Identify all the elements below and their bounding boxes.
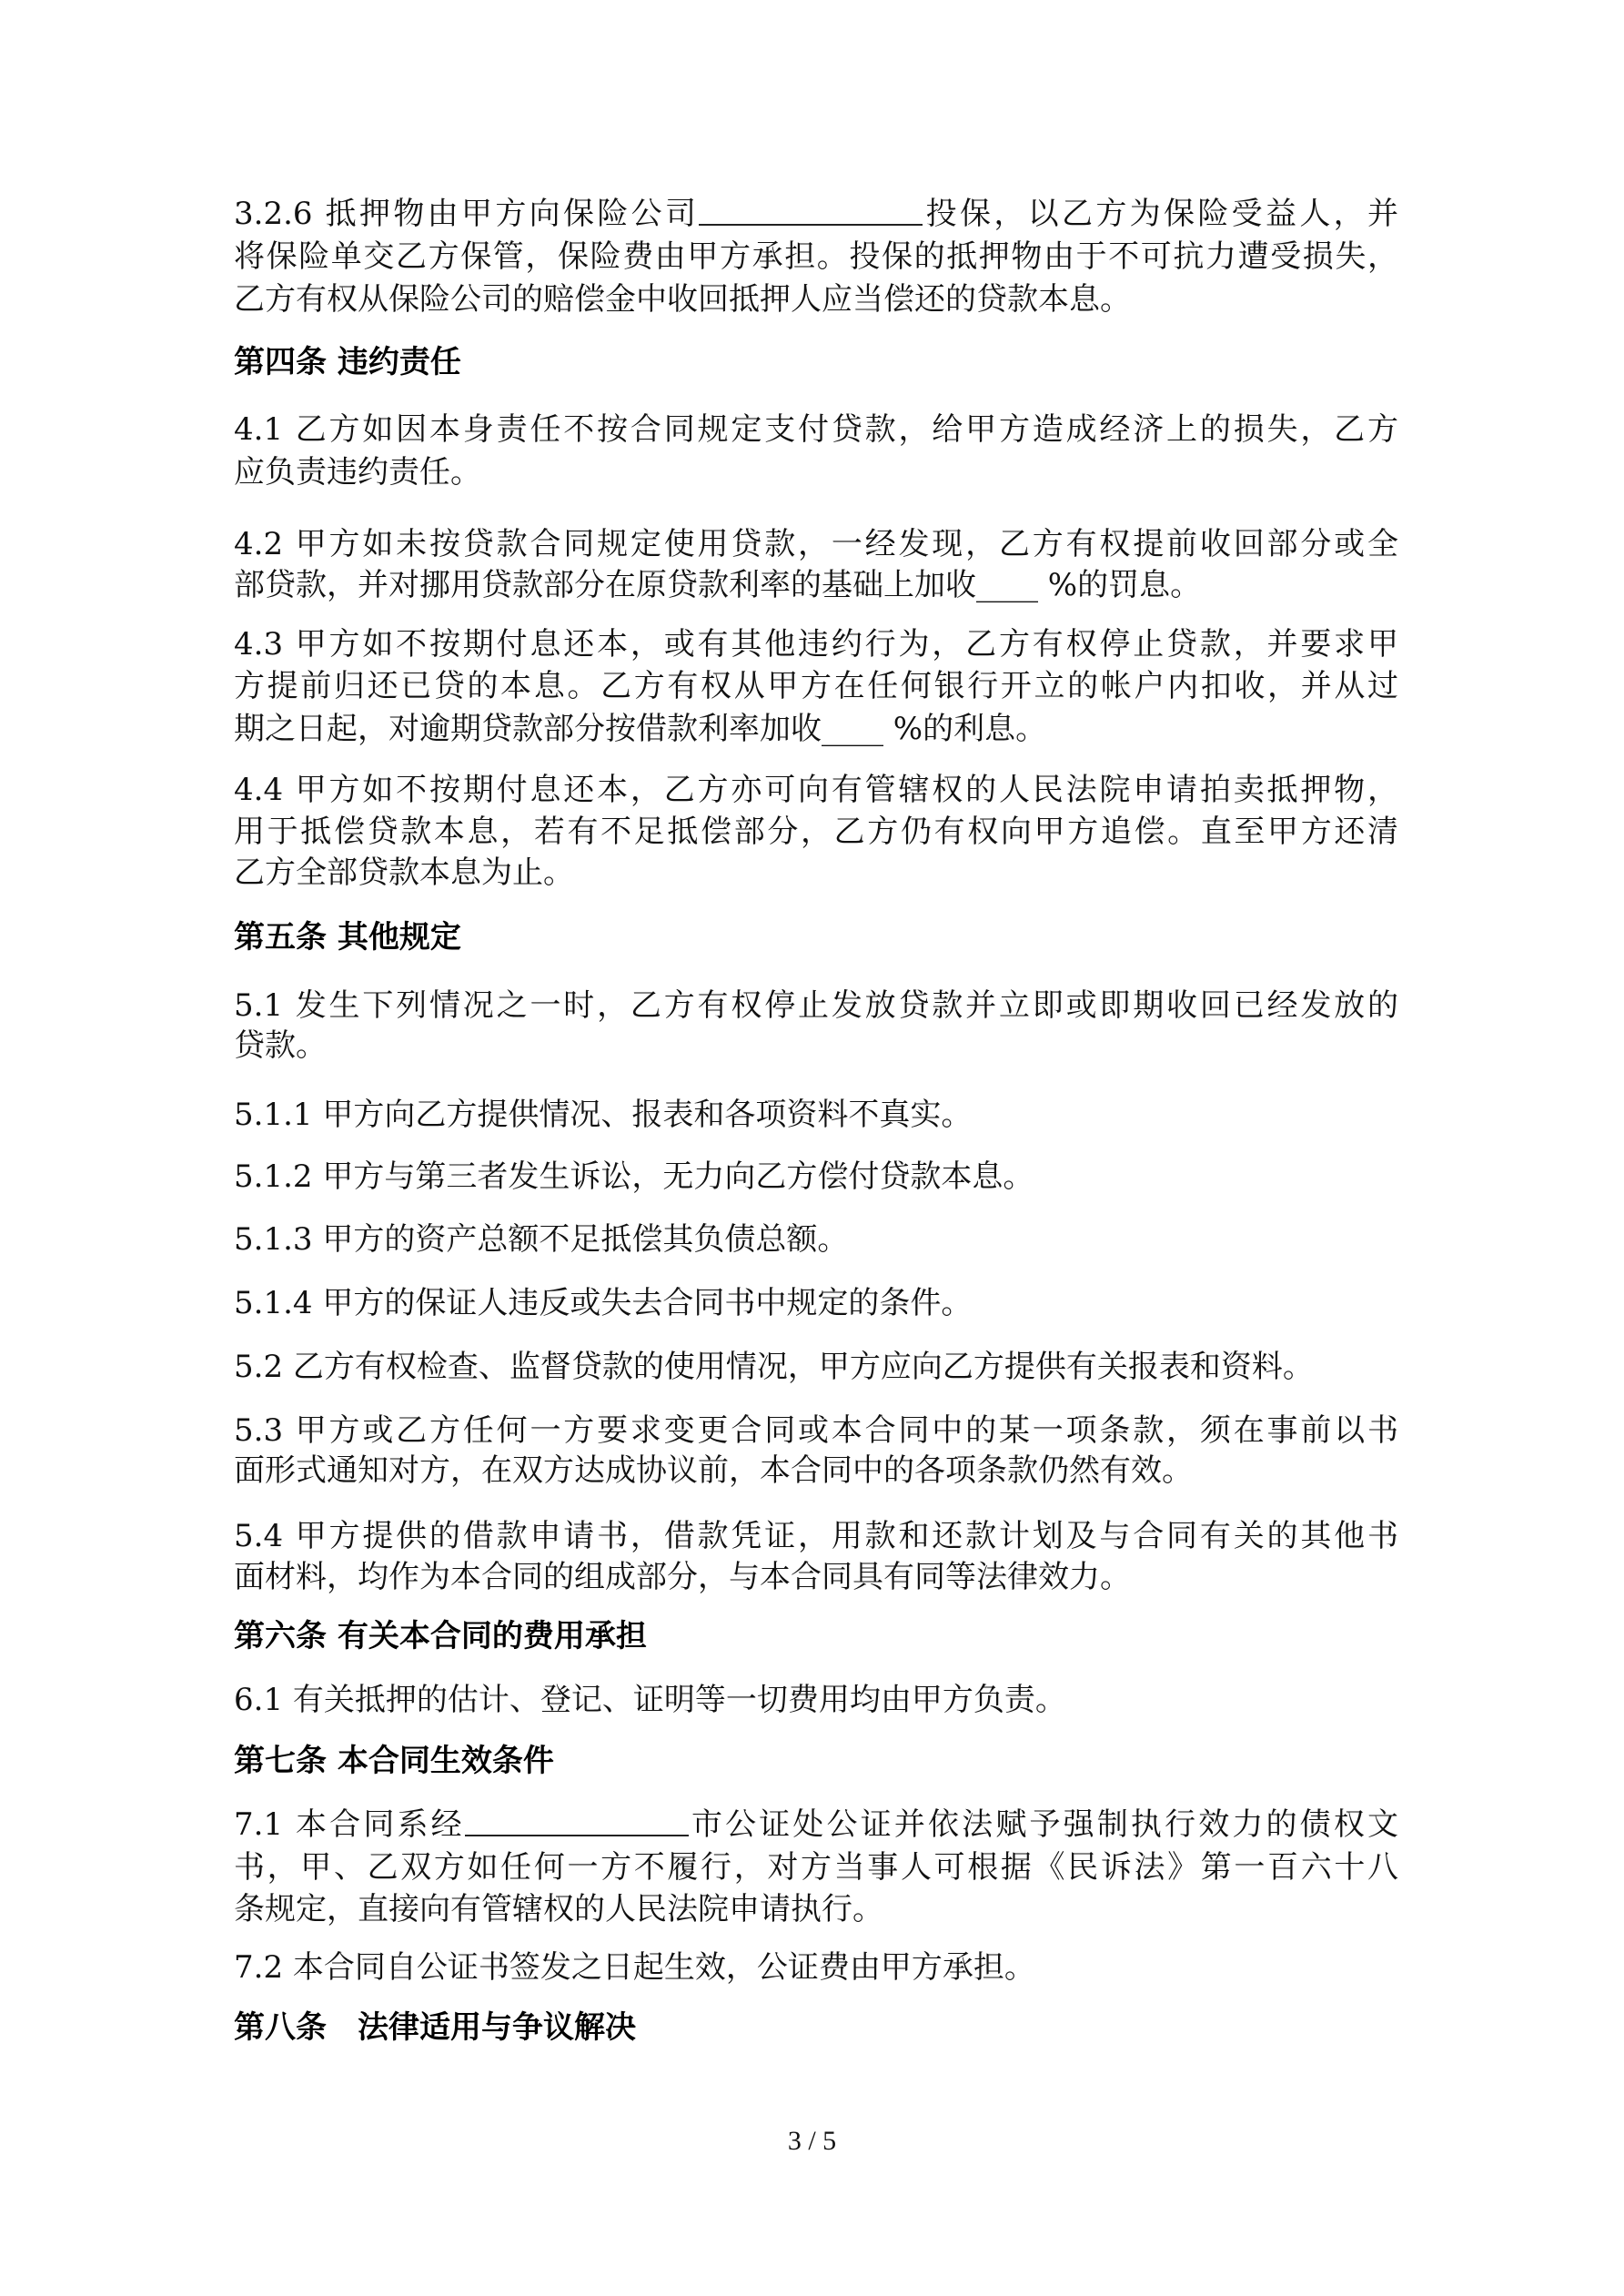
paragraph-7-1-line-3: 条规定，直接向有管辖权的人民法院申请执行。 (234, 1888, 1398, 1931)
fill-in-blank-insurer (699, 197, 923, 226)
paragraph-5-1-line-1: 5.1 发生下列情况之一时，乙方有权停止发放贷款并立即或即期收回已经发放的 (234, 985, 1398, 1027)
paragraph-4-4-line-2: 用于抵偿贷款本息，若有不足抵偿部分，乙方仍有权向甲方追偿。直至甲方还清 (234, 811, 1398, 854)
paragraph-4-1-line-1: 4.1 乙方如因本身责任不按合同规定支付贷款，给甲方造成经济上的损失，乙方 (234, 409, 1398, 451)
paragraph-7-1-line-1: 7.1 本合同系经市公证处公证并依法赋予强制执行效力的债权文 (234, 1804, 1398, 1846)
paragraph-4-4-line-3: 乙方全部贷款本息为止。 (234, 852, 1398, 895)
page-number: 3 / 5 (0, 2126, 1624, 2157)
heading-article-4: 第四条 违约责任 (234, 341, 461, 384)
paragraph-5-3-line-1: 5.3 甲方或乙方任何一方要求变更合同或本合同中的某一项条款，须在事前以书 (234, 1410, 1398, 1452)
paragraph-4-3-line-3: 期之日起，对逾期贷款部分按借款利率加收____ %的利息。 (234, 708, 1398, 751)
paragraph-4-4-line-1: 4.4 甲方如不按期付息还本，乙方亦可向有管辖权的人民法院申请拍卖抵押物， (234, 769, 1398, 812)
heading-article-8: 第八条 法律适用与争议解决 (234, 2007, 636, 2049)
paragraph-4-2-line-2: 部贷款，并对挪用贷款部分在原贷款利率的基础上加收____ %的罚息。 (234, 564, 1398, 607)
paragraph-5-1-3: 5.1.3 甲方的资产总额不足抵偿其负债总额。 (234, 1219, 1398, 1261)
paragraph-5-4-line-1: 5.4 甲方提供的借款申请书，借款凭证，用款和还款计划及与合同有关的其他书 (234, 1515, 1398, 1558)
paragraph-5-4-line-2: 面材料，均作为本合同的组成部分，与本合同具有同等法律效力。 (234, 1556, 1398, 1599)
fill-in-blank-city (465, 1807, 689, 1836)
paragraph-5-1-2: 5.1.2 甲方与第三者发生诉讼，无力向乙方偿付贷款本息。 (234, 1156, 1398, 1199)
paragraph-3-2-6-line-2: 将保险单交乙方保管，保险费由甲方承担。投保的抵押物由于不可抗力遭受损失， (234, 236, 1398, 278)
paragraph-4-2-line-1: 4.2 甲方如未按贷款合同规定使用贷款，一经发现，乙方有权提前收回部分或全 (234, 523, 1398, 566)
heading-article-5: 第五条 其他规定 (234, 916, 461, 959)
paragraph-5-1-1: 5.1.1 甲方向乙方提供情况、报表和各项资料不真实。 (234, 1094, 1398, 1137)
paragraph-5-1-line-2: 贷款。 (234, 1025, 1398, 1067)
paragraph-6-1: 6.1 有关抵押的估计、登记、证明等一切费用均由甲方负责。 (234, 1679, 1398, 1722)
paragraph-4-3-line-2: 方提前归还已贷的本息。乙方有权从甲方在任何银行开立的帐户内扣收，并从过 (234, 665, 1398, 708)
text-segment: 7.1 本合同系经 (234, 1806, 465, 1843)
paragraph-3-2-6-line-3: 乙方有权从保险公司的赔偿金中收回抵押人应当偿还的贷款本息。 (234, 278, 1398, 321)
paragraph-7-1-line-2: 书，甲、乙双方如任何一方不履行，对方当事人可根据《民诉法》第一百六十八 (234, 1846, 1398, 1889)
heading-article-7: 第七条 本合同生效条件 (234, 1740, 554, 1783)
text-segment: 3.2.6 抵押物由甲方向保险公司 (234, 196, 699, 232)
heading-article-6: 第六条 有关本合同的费用承担 (234, 1615, 647, 1658)
paragraph-5-2: 5.2 乙方有权检查、监督贷款的使用情况，甲方应向乙方提供有关报表和资料。 (234, 1346, 1398, 1389)
document-page: 3.2.6 抵押物由甲方向保险公司投保，以乙方为保险受益人，并 将保险单交乙方保… (0, 0, 1624, 2296)
paragraph-3-2-6-line-1: 3.2.6 抵押物由甲方向保险公司投保，以乙方为保险受益人，并 (234, 193, 1398, 236)
paragraph-4-1-line-2: 应负责违约责任。 (234, 451, 1398, 494)
text-segment: 市公证处公证并依法赋予强制执行效力的债权文 (689, 1806, 1398, 1843)
paragraph-5-3-line-2: 面形式通知对方，在双方达成协议前，本合同中的各项条款仍然有效。 (234, 1450, 1398, 1492)
paragraph-5-1-4: 5.1.4 甲方的保证人违反或失去合同书中规定的条件。 (234, 1282, 1398, 1325)
text-segment: 投保，以乙方为保险受益人，并 (923, 196, 1398, 232)
paragraph-4-3-line-1: 4.3 甲方如不按期付息还本，或有其他违约行为，乙方有权停止贷款，并要求甲 (234, 623, 1398, 666)
paragraph-7-2: 7.2 本合同自公证书签发之日起生效，公证费由甲方承担。 (234, 1947, 1398, 1989)
